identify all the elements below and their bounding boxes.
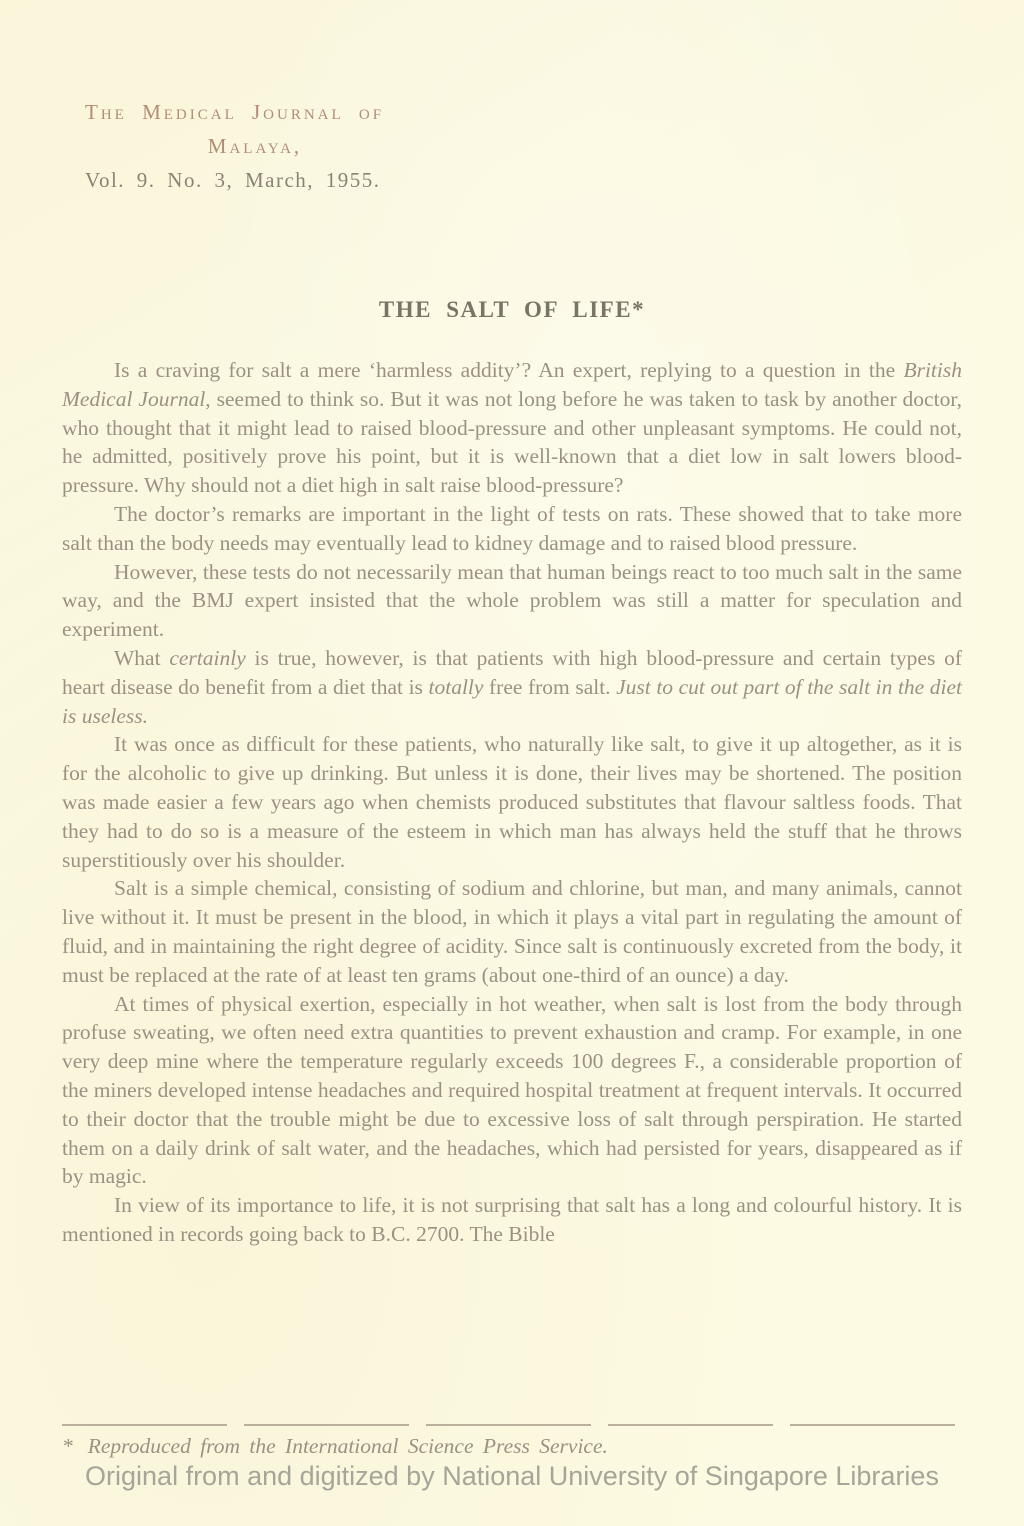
paragraph: It was once as difficult for these patie… xyxy=(62,730,962,874)
digitization-note: Original from and digitized by National … xyxy=(0,1461,1024,1492)
paragraph: At times of physical exertion, especiall… xyxy=(62,990,962,1192)
journal-name-line2: Malaya, xyxy=(85,134,425,159)
paragraph: However, these tests do not necessarily … xyxy=(62,558,962,644)
paragraph: The doctor’s remarks are important in th… xyxy=(62,500,962,558)
footnote-marker: * xyxy=(63,1434,74,1458)
paragraph: In view of its importance to life, it is… xyxy=(62,1191,962,1249)
paragraph: What certainly is true, however, is that… xyxy=(62,644,962,730)
article-title: THE SALT OF LIFE* xyxy=(0,297,1024,323)
article-body: Is a craving for salt a mere ‘harmless a… xyxy=(62,356,962,1249)
scanned-journal-page: The Medical Journal of Malaya, Vol. 9. N… xyxy=(0,0,1024,1526)
footnote-text: Reproduced from the International Scienc… xyxy=(88,1434,608,1458)
journal-masthead: The Medical Journal of Malaya, Vol. 9. N… xyxy=(85,100,425,193)
volume-issue-date: Vol. 9. No. 3, March, 1955. xyxy=(85,168,425,193)
paragraph: Salt is a simple chemical, consisting of… xyxy=(62,874,962,989)
footnote: *Reproduced from the International Scien… xyxy=(63,1434,963,1459)
footnote-divider xyxy=(62,1424,962,1426)
paragraph: Is a craving for salt a mere ‘harmless a… xyxy=(62,356,962,500)
journal-name-line: The Medical Journal of xyxy=(85,100,425,125)
